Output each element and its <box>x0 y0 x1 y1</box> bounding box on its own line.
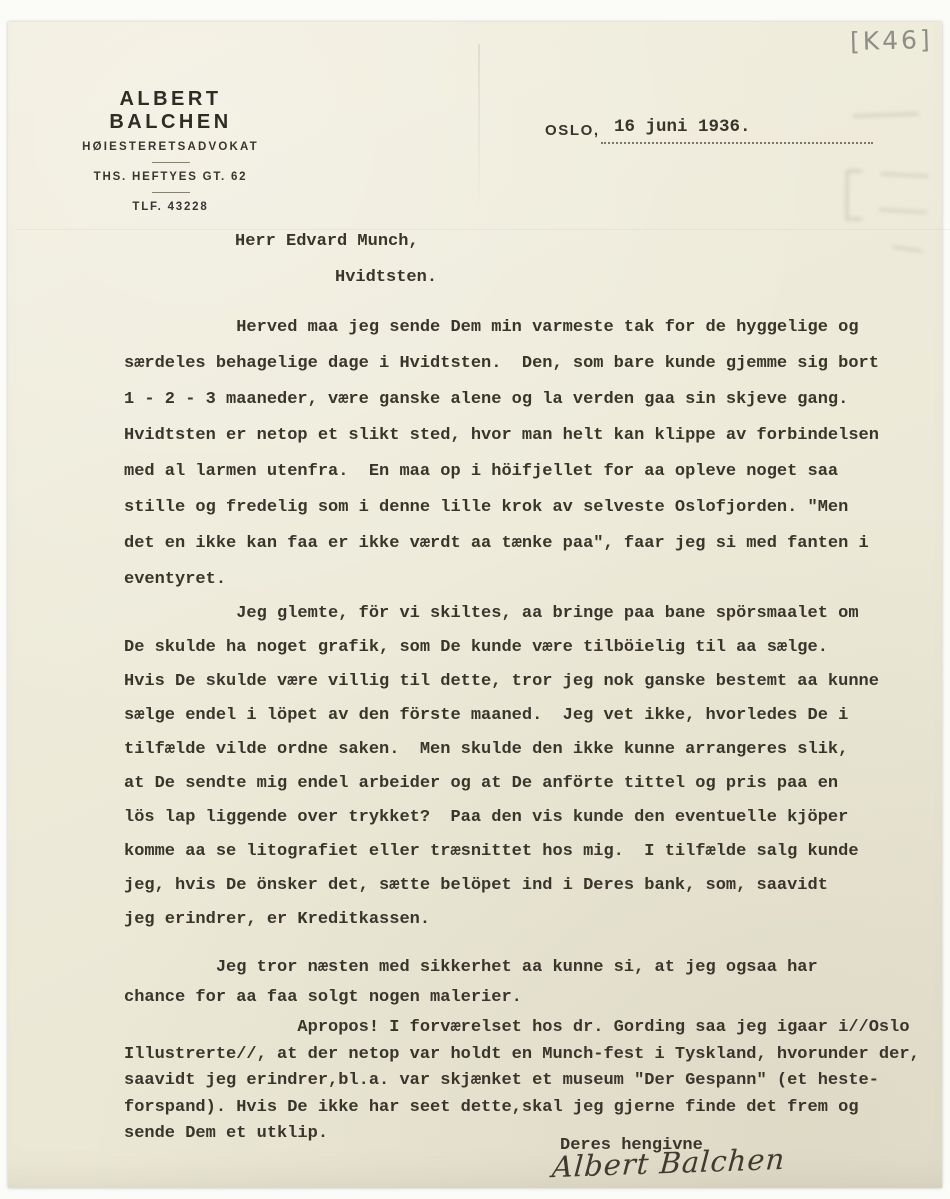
typewritten-line: sende Dem et utklip. <box>124 1121 920 1148</box>
letterhead-address: THS. HEFTYES GT. 62 <box>58 171 283 183</box>
body-paragraph-3: Jeg tror næsten med sikkerhet aa kunne s… <box>124 953 818 1013</box>
typewritten-line: forspand). Hvis De ikke har seet dette,s… <box>124 1095 920 1122</box>
letterhead: ALBERT BALCHEN HØIESTERETSADVOKAT THS. H… <box>58 88 283 213</box>
bleed-through-mark <box>846 170 862 220</box>
typewritten-line: De skulde ha noget grafik, som De kunde … <box>124 631 879 665</box>
typewritten-line: Hvidtsten er netop et slikt sted, hvor m… <box>124 418 879 454</box>
letterhead-name: ALBERT BALCHEN <box>58 88 283 134</box>
typewritten-line: eventyret. <box>124 562 879 598</box>
typewritten-line: lös lap liggende over trykket? Paa den v… <box>124 801 879 835</box>
typewritten-line: tilfælde vilde ordne saken. Men skulde d… <box>124 733 879 767</box>
typewritten-line: saavidt jeg erindrer,bl.a. var skjænket … <box>124 1068 920 1095</box>
pencil-catalog-mark: [K46] <box>850 25 933 56</box>
dateline-place-label: OSLO, <box>545 122 600 139</box>
typewritten-line: jeg erindrer, er Kreditkassen. <box>124 903 879 937</box>
typewritten-line: Jeg tror næsten med sikkerhet aa kunne s… <box>124 953 818 983</box>
letterhead-title: HØIESTERETSADVOKAT <box>58 141 283 153</box>
recipient-place: Hvidtsten. <box>335 268 437 288</box>
bleed-through-mark <box>892 238 923 252</box>
typewritten-line: at De sendte mig endel arbeider og at De… <box>124 767 879 801</box>
scan-background: { "colors": { "paper": "#edead9", "ink":… <box>0 0 950 1199</box>
typewritten-line: Hvis De skulde være villig til dette, tr… <box>124 665 879 699</box>
typewritten-line: jeg, hvis De önsker det, sætte belöpet i… <box>124 869 879 903</box>
typewritten-line: med al larmen utenfra. En maa op i höifj… <box>124 454 879 490</box>
typewritten-line: sælge endel i löpet av den förste maaned… <box>124 699 879 733</box>
letterhead-rule <box>152 192 190 193</box>
recipient-name: Herr Edvard Munch, <box>235 232 419 252</box>
typewritten-line: Apropos! I forværelset hos dr. Gording s… <box>124 1015 920 1042</box>
typewritten-line: stille og fredelig som i denne lille kro… <box>124 490 879 526</box>
typewritten-line: Jeg glemte, för vi skiltes, aa bringe pa… <box>124 597 879 631</box>
body-paragraph-2: Jeg glemte, för vi skiltes, aa bringe pa… <box>124 597 879 937</box>
typewritten-line: chance for aa faa solgt nogen malerier. <box>124 983 818 1013</box>
typewritten-line: det en ikke kan faa er ikke værdt aa tæn… <box>124 526 879 562</box>
bleed-through-mark <box>879 173 929 213</box>
letterhead-phone: TLF. 43228 <box>58 201 283 213</box>
body-paragraph-1: Herved maa jeg sende Dem min varmeste ta… <box>124 310 879 598</box>
typewritten-line: komme aa se litografiet eller træsnittet… <box>124 835 879 869</box>
typewritten-line: særdeles behagelige dage i Hvidtsten. De… <box>124 346 879 382</box>
dateline-typed-date: 16 juni 1936. <box>614 117 751 137</box>
fold-crease-horizontal <box>16 229 950 230</box>
body-paragraph-4: Apropos! I forværelset hos dr. Gording s… <box>124 1015 920 1148</box>
letterhead-rule <box>152 162 190 163</box>
fold-crease-vertical <box>478 44 480 214</box>
typewritten-line: Herved maa jeg sende Dem min varmeste ta… <box>124 310 879 346</box>
typewritten-line: Illustrerte//, at der netop var holdt en… <box>124 1042 920 1069</box>
typewritten-line: 1 - 2 - 3 maaneder, være ganske alene og… <box>124 382 879 418</box>
